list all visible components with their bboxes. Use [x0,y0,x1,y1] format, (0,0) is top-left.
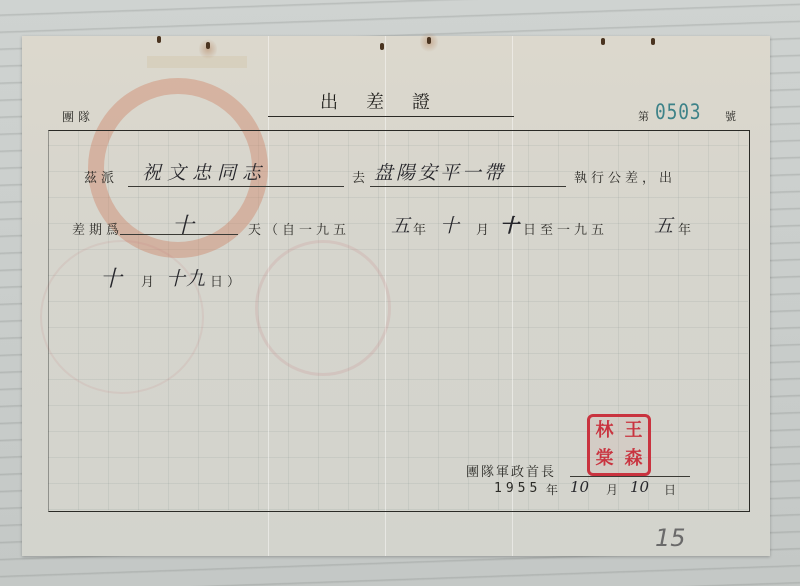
handwritten-end-month: 十 [100,262,122,293]
date-day: 10 [630,478,649,496]
punch-hole [380,43,384,50]
label-dispatch: 茲派 [84,167,118,186]
label-year: 年 [413,219,430,238]
punch-hole [601,38,605,45]
handwritten-person-name: 祝文忠同志 [142,158,267,185]
handwritten-days: 十 [172,209,194,240]
serial-suffix: 號 [725,108,740,124]
handwritten-start-year: 五 [391,211,410,238]
document-title: 出差證 [268,88,510,114]
destination-field-line [370,186,566,187]
punch-hole [651,38,655,45]
handwritten-start-month: 十 [440,211,459,238]
serial-number: 0503 [655,100,701,124]
seal-char: 王 [619,417,648,445]
handwritten-end-year: 五 [654,211,673,238]
date-month: 10 [570,478,589,496]
date-year: 1955 [494,481,541,496]
label-month: 月 [476,219,493,238]
seal-char: 森 [619,445,648,473]
date-day-label: 日 [664,481,680,498]
label-days: 天（自一九五 [248,219,350,238]
label-year-2: 年 [678,219,695,238]
serial-prefix: 第 [638,108,653,124]
label-to: 去 [352,167,369,186]
seal-char: 棠 [590,445,619,473]
days-field-line [120,234,238,235]
paper-stain [147,56,247,68]
date-year-label: 年 [546,481,562,498]
title-underline [268,116,514,117]
label-to-date: 日至一九五 [523,219,608,238]
label-month-2: 月 [141,271,158,290]
header-unit-label: 團隊 [62,108,94,125]
label-purpose: 執行公差，出 [574,167,676,186]
seal-char: 林 [590,417,619,445]
name-field-line [128,186,344,187]
punch-hole [157,36,161,43]
punch-hole [206,42,210,49]
label-period: 差期爲 [72,219,123,238]
label-close: 日） [210,271,244,290]
handwritten-start-day: 十 [500,211,519,238]
handwritten-destination: 盘陽安平一帶 [374,158,506,185]
pencil-annotation: 15 [655,524,686,552]
red-name-seal: 林 王 棠 森 [587,414,651,476]
signatory-label: 團隊軍政首長 [466,461,556,480]
signature-line [570,476,690,477]
date-month-label: 月 [606,481,622,498]
handwritten-end-day: 十九 [166,264,206,291]
punch-hole [427,37,431,44]
